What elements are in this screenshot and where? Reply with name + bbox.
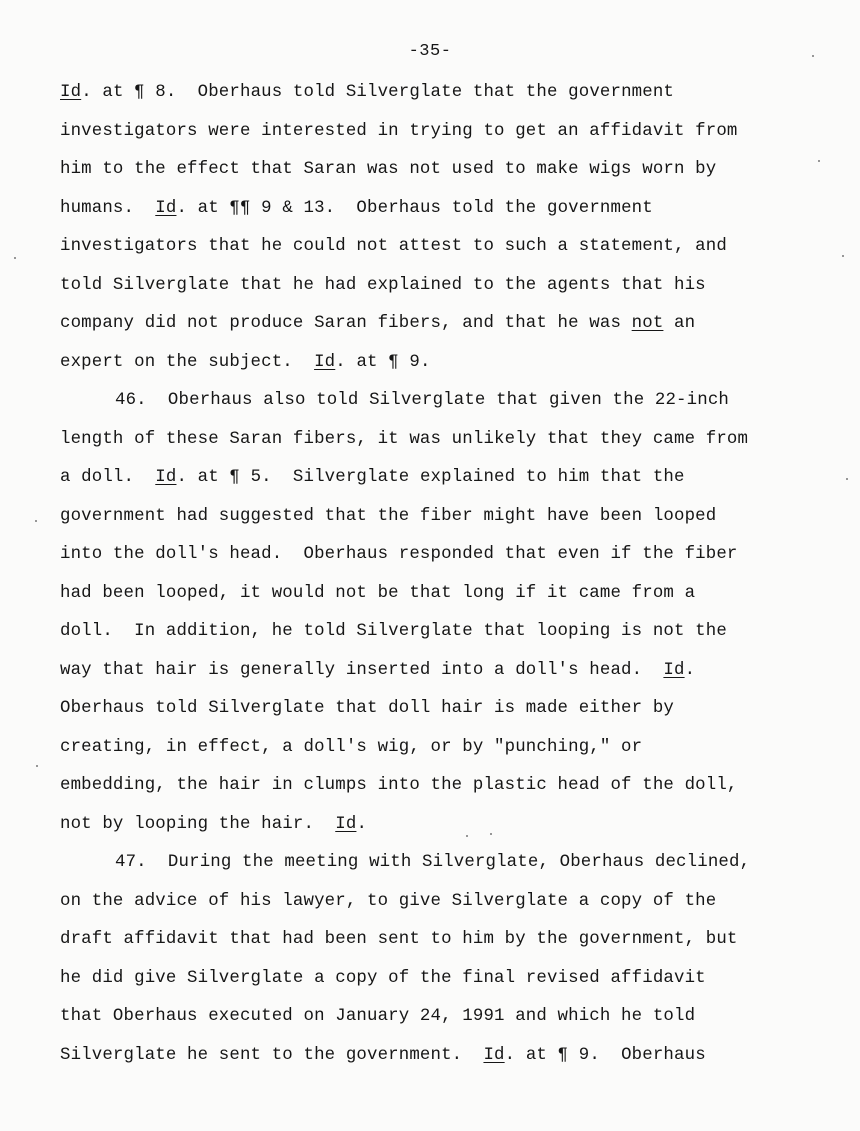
text-segment: draft affidavit that had been sent to hi… [60, 930, 738, 949]
scan-speck [846, 478, 848, 480]
text-segment: humans. [60, 199, 155, 218]
scan-speck [812, 55, 814, 57]
text-segment: . at ¶¶ 9 & 13. Oberhaus told the govern… [176, 199, 652, 218]
text-segment: had been looped, it would not be that lo… [60, 584, 695, 603]
text-line: told Silverglate that he had explained t… [60, 273, 820, 312]
text-line: company did not produce Saran fibers, an… [60, 311, 820, 350]
text-segment: 46. Oberhaus also told Silverglate that … [115, 391, 729, 410]
text-segment: him to the effect that Saran was not use… [60, 160, 716, 179]
text-segment: length of these Saran fibers, it was unl… [60, 430, 748, 449]
text-segment: into the doll's head. Oberhaus responded… [60, 545, 738, 564]
text-line: expert on the subject. Id. at ¶ 9. [60, 350, 820, 389]
text-segment: investigators were interested in trying … [60, 122, 738, 141]
text-line: humans. Id. at ¶¶ 9 & 13. Oberhaus told … [60, 196, 820, 235]
text-line: Id. at ¶ 8. Oberhaus told Silverglate th… [60, 80, 820, 119]
text-line: length of these Saran fibers, it was unl… [60, 427, 820, 466]
scan-speck [842, 255, 844, 257]
text-line: way that hair is generally inserted into… [60, 658, 820, 697]
text-line: 46. Oberhaus also told Silverglate that … [60, 388, 820, 427]
text-segment: told Silverglate that he had explained t… [60, 276, 706, 295]
text-segment: not by looping the hair. [60, 815, 335, 834]
scan-speck [35, 520, 37, 522]
text-segment: . at ¶ 8. Oberhaus told Silverglate that… [81, 83, 674, 102]
text-segment: Silverglate he sent to the government. [60, 1046, 483, 1065]
text-segment: expert on the subject. [60, 353, 314, 372]
scan-speck [490, 833, 492, 835]
scan-speck [14, 257, 16, 259]
text-line: embedding, the hair in clumps into the p… [60, 773, 820, 812]
text-line: not by looping the hair. Id. [60, 812, 820, 851]
text-line: had been looped, it would not be that lo… [60, 581, 820, 620]
underlined-text: not [632, 314, 664, 333]
page-number: -35- [0, 42, 860, 61]
text-segment: embedding, the hair in clumps into the p… [60, 776, 738, 795]
text-line: on the advice of his lawyer, to give Sil… [60, 889, 820, 928]
text-line: investigators that he could not attest t… [60, 234, 820, 273]
underlined-text: Id [60, 83, 81, 102]
underlined-text: Id [335, 815, 356, 834]
scan-speck [36, 765, 38, 767]
underlined-text: Id [314, 353, 335, 372]
text-line: creating, in effect, a doll's wig, or by… [60, 735, 820, 774]
text-segment: way that hair is generally inserted into… [60, 661, 663, 680]
text-segment: a doll. [60, 468, 155, 487]
text-segment: on the advice of his lawyer, to give Sil… [60, 892, 716, 911]
text-segment: government had suggested that the fiber … [60, 507, 716, 526]
text-line: investigators were interested in trying … [60, 119, 820, 158]
text-line: him to the effect that Saran was not use… [60, 157, 820, 196]
underlined-text: Id [483, 1046, 504, 1065]
text-line: that Oberhaus executed on January 24, 19… [60, 1004, 820, 1043]
text-segment: . at ¶ 5. Silverglate explained to him t… [176, 468, 684, 487]
text-segment: creating, in effect, a doll's wig, or by… [60, 738, 642, 757]
text-line: doll. In addition, he told Silverglate t… [60, 619, 820, 658]
text-segment: he did give Silverglate a copy of the fi… [60, 969, 706, 988]
text-segment: company did not produce Saran fibers, an… [60, 314, 632, 333]
text-line: Oberhaus told Silverglate that doll hair… [60, 696, 820, 735]
text-segment: . [685, 661, 696, 680]
underlined-text: Id [155, 468, 176, 487]
text-segment: . at ¶ 9. [335, 353, 430, 372]
underlined-text: Id [663, 661, 684, 680]
text-segment: investigators that he could not attest t… [60, 237, 727, 256]
scan-speck [466, 835, 468, 837]
text-segment: 47. During the meeting with Silverglate,… [115, 853, 750, 872]
text-segment: . [356, 815, 367, 834]
text-line: into the doll's head. Oberhaus responded… [60, 542, 820, 581]
text-line: 47. During the meeting with Silverglate,… [60, 850, 820, 889]
scan-speck [818, 160, 820, 162]
text-line: government had suggested that the fiber … [60, 504, 820, 543]
document-page: -35- Id. at ¶ 8. Oberhaus told Silvergla… [0, 0, 860, 1131]
body-text: Id. at ¶ 8. Oberhaus told Silverglate th… [60, 80, 820, 1081]
text-line: he did give Silverglate a copy of the fi… [60, 966, 820, 1005]
text-line: a doll. Id. at ¶ 5. Silverglate explaine… [60, 465, 820, 504]
text-line: draft affidavit that had been sent to hi… [60, 927, 820, 966]
underlined-text: Id [155, 199, 176, 218]
text-segment: . at ¶ 9. Oberhaus [505, 1046, 706, 1065]
text-segment: Oberhaus told Silverglate that doll hair… [60, 699, 674, 718]
text-segment: that Oberhaus executed on January 24, 19… [60, 1007, 695, 1026]
text-line: Silverglate he sent to the government. I… [60, 1043, 820, 1082]
text-segment: an [663, 314, 695, 333]
text-segment: doll. In addition, he told Silverglate t… [60, 622, 727, 641]
